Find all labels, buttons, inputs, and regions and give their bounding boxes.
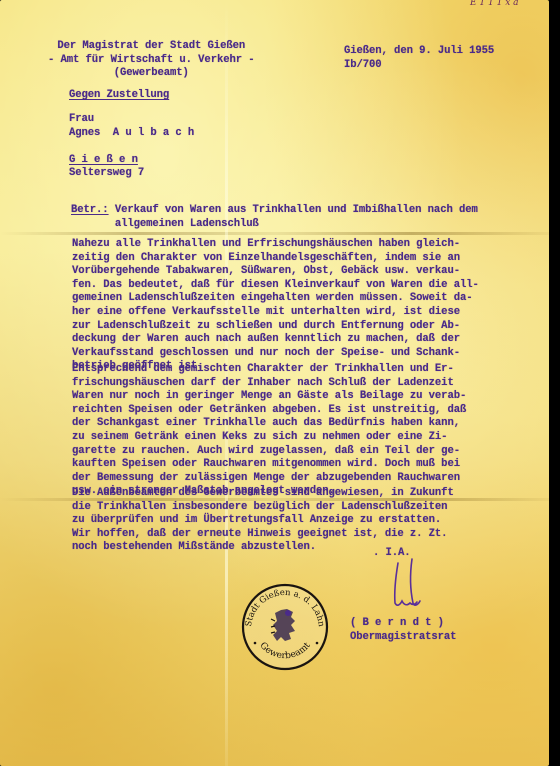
sender-line-1: Der Magistrat der Stadt Gießen [57, 40, 245, 52]
recipient-name: Agnes A u l b a c h [69, 127, 194, 139]
paragraph-line: Verkaufsstand geschlossen und nur noch d… [72, 347, 479, 361]
paragraph-line: zu seinem Getränk einen Keks zu sich zu … [72, 431, 466, 445]
recipient-block: Frau Agnes A u l b a c h G i e ß e n Sel… [69, 113, 194, 181]
paragraph-line: Waren nur noch in geringer Menge an Gäst… [72, 390, 466, 404]
paragraph-line: der Bemessung der zulässigen Menge der a… [72, 472, 466, 486]
recipient-city: G i e ß e n [69, 154, 138, 166]
recipient-salutation: Frau [69, 113, 94, 125]
paragraph-line: der Schankgast einer Trinkhalle auch das… [72, 417, 466, 431]
paragraph-2: Entsprechend dem gemischten Charakter de… [72, 363, 466, 499]
official-stamp: Stadt Gießen a. d. Lahn Gewerbeamt [241, 583, 329, 671]
paragraph-1: Nahezu alle Trinkhallen und Erfrischungs… [72, 238, 479, 374]
paragraph-line: Wir hoffen, daß der erneute Hinweis geei… [72, 528, 454, 542]
paragraph-line: her eine offene Verkaufsstelle mit unter… [72, 306, 479, 320]
paragraph-line: Entsprechend dem gemischten Charakter de… [72, 363, 466, 377]
place-date: Gießen, den 9. Juli 1955 [344, 45, 494, 57]
recipient-street: Seltersweg 7 [69, 167, 144, 179]
paragraph-line: deckung der Waren auch nach außen kenntl… [72, 333, 479, 347]
paragraph-line: Die Außenbeamten des Gewerbeamtes sind a… [72, 487, 454, 501]
paragraph-line: garette zu rauchen. Auch wird zugelassen… [72, 445, 466, 459]
paragraph-line: gemeinen Ladenschlußzeiten eingehalten w… [72, 292, 479, 306]
paragraph-line: zu überprüfen und im Übertretungsfall An… [72, 514, 454, 528]
paragraph-line: fen. Das bedeutet, daß für diesen Kleinv… [72, 279, 479, 293]
corner-handwritten-note: E 1 1 1 x a [470, 0, 519, 8]
paragraph-3: Die Außenbeamten des Gewerbeamtes sind a… [72, 487, 454, 555]
paragraph-line: zur Ladenschlußzeit zu schließen und dur… [72, 320, 479, 334]
sender-line-2: - Amt für Wirtschaft u. Verkehr - [48, 54, 255, 66]
subject-line-1: Verkauf von Waren aus Trinkhallen und Im… [115, 204, 478, 216]
paragraph-line: die Trinkhallen insbesondere bezüglich d… [72, 501, 454, 515]
delivery-note: Gegen Zustellung [69, 89, 169, 103]
paragraph-line: reichten Speisen oder Getränken abgeben.… [72, 404, 466, 418]
reference-number: Ib/700 [344, 59, 382, 71]
subject-block: Betr.: Verkauf von Waren aus Trinkhallen… [71, 204, 478, 231]
fold-crease [0, 232, 549, 235]
paragraph-line: frischungshäuschen darf der Inhaber nach… [72, 377, 466, 391]
sender-line-3: (Gewerbeamt) [114, 67, 189, 79]
signer-title: Obermagistratsrat [350, 631, 456, 643]
paragraph-line: kauften Speisen oder Rauchwaren mitgenom… [72, 458, 466, 472]
subject-label: Betr.: [71, 204, 109, 216]
signature-block: ( B e r n d t ) Obermagistratsrat [350, 617, 456, 644]
paragraph-line: zeitig den Charakter von Einzelhandelsge… [72, 252, 479, 266]
subject-line-2: allgemeinen Ladenschluß [115, 218, 259, 230]
paragraph-line: Vorübergehende Tabakwaren, Süßwaren, Obs… [72, 265, 479, 279]
signature [380, 555, 440, 615]
signer-name: ( B e r n d t ) [350, 617, 444, 629]
date-block: Gießen, den 9. Juli 1955 Ib/700 [344, 45, 494, 72]
paragraph-line: Nahezu alle Trinkhallen und Erfrischungs… [72, 238, 479, 252]
sender-block: Der Magistrat der Stadt Gießen - Amt für… [48, 40, 255, 81]
